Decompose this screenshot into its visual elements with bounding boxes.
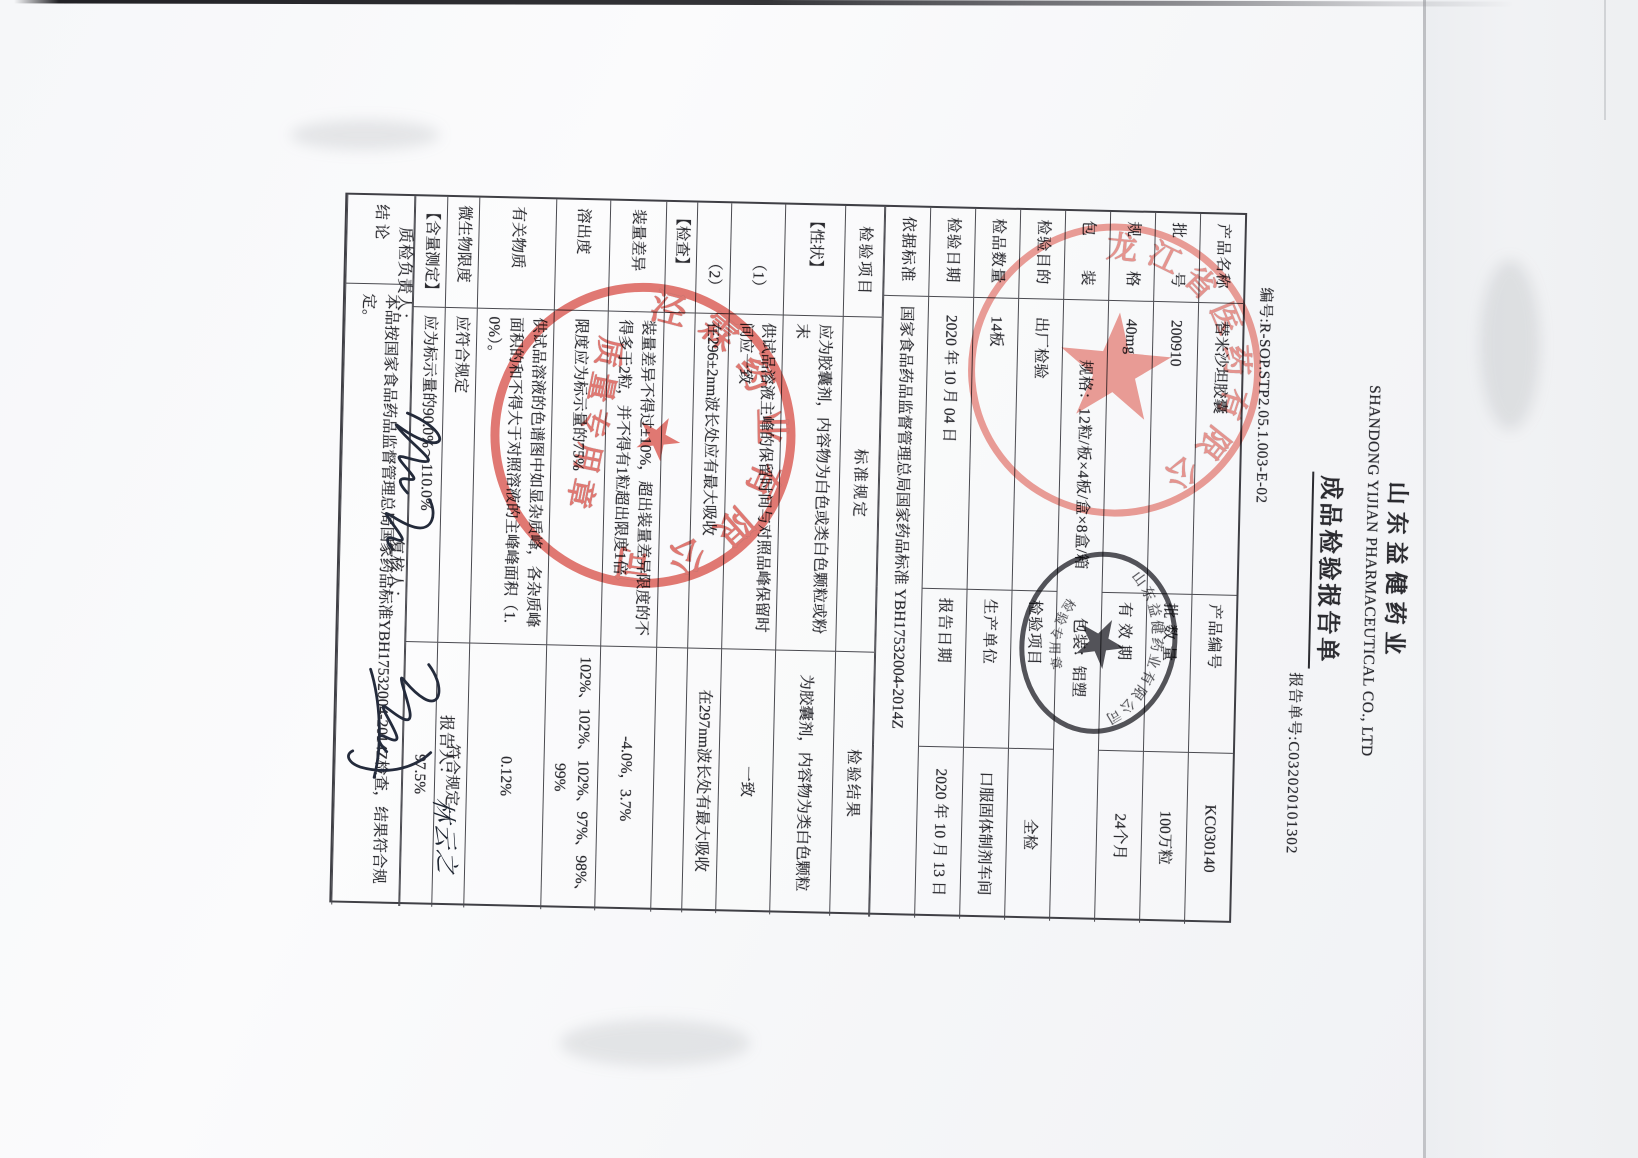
test-result	[650, 647, 687, 913]
info-label: 生产单位	[963, 589, 1012, 748]
info-value: 替米沙坦胶囊	[1192, 302, 1243, 595]
product-info-table: 产品名称 替米沙坦胶囊 产品编号 KC030140 批 号 200910 批 数…	[869, 207, 1245, 925]
test-result: 0.12%	[464, 643, 546, 910]
info-label: 批 号	[1154, 213, 1201, 302]
test-standard: 供试品溶液的色谱图中如显杂质峰，各杂质峰面积的和不得大于对照溶液的主峰峰面积（1…	[470, 308, 554, 645]
test-item: 【检查】	[664, 202, 698, 313]
info-value: KC030140	[1185, 752, 1233, 925]
info-value: 24个月	[1095, 750, 1144, 923]
report-number: 报告单号:C032020101302	[1282, 672, 1307, 855]
reviewer-label: 复核人：	[385, 539, 410, 608]
test-item: 【含量测定】	[414, 196, 448, 307]
test-result: 102%、102%、102%、97%、98%、99%	[540, 644, 600, 910]
test-item: 【性状】	[783, 205, 845, 316]
scan-artifact-crease	[1604, 0, 1606, 120]
column-header: 检验结果	[830, 651, 875, 917]
column-header: 检验项目	[843, 206, 884, 317]
scanner-margin	[1426, 0, 1638, 1158]
info-label: 报告日期	[918, 588, 967, 747]
test-item: 装量差异	[608, 201, 666, 312]
scan-smudge	[1480, 260, 1540, 430]
qc-manager-signature	[356, 398, 460, 560]
test-item: 有关物质	[478, 198, 557, 310]
info-label: 检验日期	[929, 208, 976, 297]
test-standard: 装量差异不得过±10%，超出装量差异限度的不得多于2粒，并不得有1粒超出限度1倍	[600, 311, 664, 647]
info-value: 2020 年 10 月 04 日	[922, 296, 974, 589]
test-standard: 限度应为标示量的75%	[546, 309, 608, 645]
test-item: 溶出度	[554, 199, 610, 310]
info-label: 产品名称	[1199, 214, 1245, 303]
test-item: 微生物限度	[446, 197, 480, 308]
info-value: 出厂检验	[1012, 298, 1064, 591]
report-table: 产品名称 替米沙坦胶囊 产品编号 KC030140 批 号 200910 批 数…	[330, 193, 1248, 923]
test-results-table: 检验项目 标准规定 检验结果 【性状】 应为胶囊剂，内容物为白色或类白色颗粒或粉…	[399, 196, 885, 916]
info-label: 有 效 期	[1098, 592, 1147, 751]
test-result: 为胶囊剂，内容物为类白色颗粒	[770, 649, 836, 915]
info-value: 100万粒	[1140, 751, 1189, 924]
column-header: 标准规定	[836, 316, 883, 652]
test-standard: 应为胶囊剂，内容物为白色或类白色颗粒或粉末	[776, 315, 844, 651]
info-label: 检品数量	[974, 209, 1021, 298]
info-value: 2020 年 10 月 13 日	[915, 746, 964, 919]
document-code: 编号:R-SOP.STP2.05.1.003-E-02	[1252, 287, 1278, 503]
test-result: -4.0%，3.7%	[594, 645, 656, 911]
paper-edge-line	[1423, 0, 1426, 1158]
test-standard: 供试品溶液主峰的保留时间与对照品峰保留时间应一致	[722, 313, 784, 649]
info-value: 全检	[1005, 748, 1054, 921]
test-result: 在297nm波长处有最大吸收	[682, 647, 722, 913]
info-label: 检验项目	[1008, 590, 1057, 749]
test-item: （1）	[729, 203, 785, 314]
report-header: 山东益健药业 SHANDONG YIJIAN PHARMACEUTICAL CO…	[1231, 213, 1419, 927]
report-title: 成品检验报告单	[1308, 471, 1351, 669]
info-value: 14板	[967, 297, 1019, 590]
info-label: 产品编号	[1188, 594, 1236, 753]
report-sheet: 山东益健药业 SHANDONG YIJIAN PHARMACEUTICAL CO…	[330, 193, 1420, 927]
reporter-label: 报告人：	[435, 715, 460, 784]
info-label: 包 装	[1064, 211, 1111, 300]
info-value: 40mg	[1102, 300, 1154, 593]
info-label: 依据标准	[884, 207, 931, 296]
info-label: 批 数 量	[1143, 593, 1192, 752]
test-item: （2）	[695, 203, 731, 314]
info-label: 检验目的	[1019, 210, 1066, 299]
qc-manager-label: 质检负责人：	[393, 227, 418, 330]
info-value: 口服固体制剂车间	[960, 747, 1009, 920]
inspection-report-document: 山东益健药业 SHANDONG YIJIAN PHARMACEUTICAL CO…	[0, 0, 1424, 1142]
table-row: 有关物质 供试品溶液的色谱图中如显杂质峰，各杂质峰面积的和不得大于对照溶液的主峰…	[464, 198, 556, 910]
info-label: 规 格	[1109, 212, 1156, 301]
reporter-signature: 林云之	[427, 796, 467, 878]
test-result: 一致	[716, 648, 776, 914]
info-value: 200910	[1147, 301, 1199, 594]
